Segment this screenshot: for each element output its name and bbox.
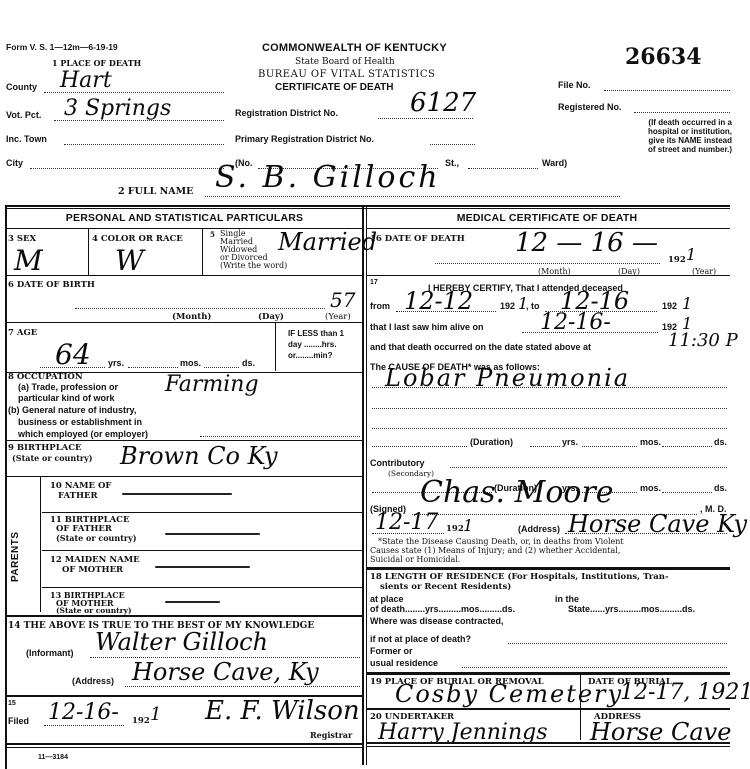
vot-pct-label: Vot. Pct.: [6, 110, 41, 120]
rule: [42, 512, 362, 513]
dod-label: 16 DATE OF DEATH: [370, 234, 465, 244]
age-mos-line: [128, 367, 178, 368]
form-number: Form V. S. 1—12m—6-19-19: [6, 42, 118, 52]
usual-line: [462, 667, 727, 668]
rule: [7, 743, 362, 745]
informant-value: Walter Gilloch: [95, 628, 268, 656]
signed-year-prefix: 192: [446, 524, 464, 534]
footer-code: 11—3184: [38, 754, 68, 761]
dob-day-label: (Day): [258, 312, 284, 322]
filed-year-value: 1: [150, 704, 161, 725]
duration-yrs: yrs.: [562, 437, 578, 447]
from-value: 12-12: [404, 287, 473, 315]
marital-num: 5: [210, 230, 215, 239]
filed-date-value: 12-16-: [48, 700, 119, 725]
parents-label: PARENTS: [10, 531, 21, 582]
duration-yrs-line: [530, 446, 560, 447]
last-saw-value: 12-16-: [540, 310, 611, 335]
if-not-label: if not at place of death?: [370, 634, 471, 644]
informant-address-label: (Address): [72, 676, 114, 686]
registered-no-label: Registered No.: [558, 102, 622, 112]
center-divider-2: [366, 205, 367, 765]
age-ds-line: [204, 367, 239, 368]
duration-line: [372, 446, 467, 447]
burial-date-value: 12-17, 1921: [620, 680, 750, 705]
dod-year-prefix: 192: [668, 255, 686, 265]
birthplace-value: Brown Co Ky: [120, 442, 278, 470]
full-name-value: S. B. Gilloch: [215, 160, 441, 195]
occupation-label: 8 OCCUPATION: [8, 372, 83, 382]
informant-address-line: [125, 686, 360, 687]
place-of-death-label: 1 PLACE OF DEATH: [52, 58, 141, 68]
from-year-prefix: 192: [500, 301, 515, 311]
rule: [7, 476, 362, 477]
rule: [367, 275, 730, 276]
filed-num: 15: [8, 700, 16, 707]
rule: [7, 322, 362, 323]
cause-line-2: [372, 408, 727, 409]
medical-section-title: MEDICAL CERTIFICATE OF DEATH: [367, 212, 727, 224]
rule: [367, 742, 730, 744]
to-year-value: 1: [682, 294, 692, 313]
sex-value: M: [14, 244, 43, 277]
dod-year-value: 1: [686, 245, 696, 264]
rule: [42, 587, 362, 588]
cause-line-1: [372, 387, 727, 388]
filed-line: [44, 725, 124, 726]
informant-label: (Informant): [26, 648, 74, 658]
cert-num: 17: [370, 279, 378, 286]
registered-no-line: [634, 112, 730, 113]
signed-value: Chas. Moore: [420, 475, 614, 510]
city-label: City: [6, 158, 23, 168]
duration-ds: ds.: [714, 437, 727, 447]
contributory-line: [450, 467, 727, 468]
county-value: Hart: [60, 68, 112, 93]
full-name-label: 2 FULL NAME: [118, 186, 193, 197]
mother-birthplace-label: 13 BIRTHPLACE OF MOTHER (State or countr…: [50, 591, 132, 615]
father-birthplace-dash: [165, 533, 260, 535]
rule: [42, 550, 362, 551]
race-label: 4 COLOR OR RACE: [92, 234, 183, 244]
duration-ds-line: [662, 446, 712, 447]
occurred-value: 11:30 P: [668, 330, 738, 351]
rule: [40, 477, 41, 612]
state-board: State Board of Health: [295, 57, 395, 67]
signed-date-value: 12-17: [375, 510, 438, 535]
city-line: [30, 168, 224, 169]
age-label: 7 AGE: [8, 328, 37, 338]
birthplace-label: 9 BIRTHPLACE: [8, 443, 82, 453]
usual-label: usual residence: [370, 658, 438, 668]
birthplace-sub: (State or country): [12, 453, 93, 463]
mother-birthplace-dash: [165, 601, 220, 603]
to-year-prefix: 192: [662, 301, 677, 311]
rule: [367, 708, 730, 710]
rule: [367, 746, 730, 747]
informant-address-value: Horse Cave, Ky: [132, 658, 319, 686]
age-ds-label: ds.: [242, 358, 255, 368]
occupation-a: (a) Trade, profession or particular kind…: [18, 382, 118, 404]
rule: [88, 229, 89, 275]
duration2-mos: mos.: [640, 483, 661, 493]
ward-line: [468, 168, 538, 169]
race-value: W: [115, 244, 144, 277]
age-line: [40, 367, 105, 368]
bureau: BUREAU OF VITAL STATISTICS: [258, 69, 435, 80]
full-name-line: [205, 196, 620, 197]
rule: [7, 275, 362, 276]
in-the-label: in the: [555, 594, 579, 604]
personal-section-title: PERSONAL AND STATISTICAL PARTICULARS: [7, 212, 362, 224]
from-label: from: [370, 301, 390, 311]
last-saw-label: that I last saw him alive on: [370, 322, 484, 332]
duration-label: (Duration): [470, 437, 513, 447]
cause-line-3: [372, 428, 727, 429]
father-name-dash: [122, 493, 232, 495]
file-no-label: File No.: [558, 80, 591, 90]
doctor-address-value: Horse Cave Ky: [568, 510, 747, 538]
occupation-b: (b) General nature of industry, business…: [8, 404, 148, 440]
age-yrs-label: yrs.: [108, 358, 124, 368]
dob-month-label: (Month): [172, 312, 211, 322]
mother-maiden-label: 12 MAIDEN NAME OF MOTHER: [50, 555, 140, 575]
left-border: [5, 205, 7, 769]
rule: [202, 229, 203, 275]
stamp-number: 26634: [625, 44, 702, 70]
hospital-note: (If death occurred in a hospital or inst…: [592, 118, 732, 154]
dob-year-value: 57: [330, 288, 355, 312]
file-no-line: [604, 90, 730, 91]
filed-year-prefix: 192: [132, 716, 150, 726]
primary-registration-label: Primary Registration District No.: [235, 134, 374, 144]
dob-line: [75, 308, 325, 309]
contributory-label: Contributory: [370, 458, 425, 468]
duration2-ds: ds.: [714, 483, 727, 493]
center-divider: [362, 205, 364, 765]
age-mos-label: mos.: [180, 358, 201, 368]
rule: [7, 747, 362, 748]
less-than-day: IF LESS than 1 day ........hrs. or......…: [288, 328, 344, 361]
dod-line: [435, 263, 660, 264]
rule: [275, 323, 276, 371]
state-label: State......yrs.........mos.........ds.: [568, 604, 695, 614]
doctor-address-label: (Address): [518, 524, 560, 534]
vot-pct-value: 3 Springs: [64, 96, 171, 121]
footnote: *State the Disease Causing Death, or, in…: [370, 537, 624, 564]
sex-label: 3 SEX: [8, 234, 36, 244]
top-rule: [5, 205, 730, 207]
rule: [7, 440, 362, 441]
contracted-label: Where was disease contracted,: [370, 616, 504, 626]
commonwealth-title: COMMONWEALTH OF KENTUCKY: [262, 42, 447, 54]
dob-year-label: (Year): [325, 312, 351, 322]
duration-mos: mos.: [640, 437, 661, 447]
county-label: County: [6, 82, 37, 92]
registrar-value: E. F. Wilson: [205, 696, 360, 726]
residence-label: 18 LENGTH OF RESIDENCE (For Hospitals, I…: [370, 572, 669, 592]
dod-value: 12 — 16 —: [515, 228, 658, 258]
primary-registration-line: [430, 144, 475, 145]
filed-label: Filed: [8, 716, 29, 726]
occupation-value: Farming: [165, 372, 259, 397]
top-rule-2: [5, 208, 730, 209]
to-label: , to: [526, 301, 540, 311]
dob-label: 6 DATE OF BIRTH: [8, 280, 95, 290]
duration-mos-line: [582, 446, 637, 447]
former-label: Former or: [370, 646, 413, 656]
registrar-label: Registrar: [310, 730, 352, 740]
ward-label: Ward): [542, 158, 567, 168]
rule: [367, 672, 730, 675]
marital-value: Married: [278, 228, 377, 256]
of-death-label: of death........yrs.........mos.........…: [370, 604, 515, 614]
registration-district-label: Registration District No.: [235, 108, 338, 118]
occurred-label: and that death occurred on the date stat…: [370, 342, 591, 352]
if-not-line: [508, 643, 727, 644]
st-label: St.,: [445, 158, 459, 168]
burial-value: Cosby Cemetery: [395, 680, 623, 708]
registration-district-line: [378, 118, 473, 119]
certificate-title: CERTIFICATE OF DEATH: [275, 82, 394, 93]
rule: [367, 567, 730, 570]
inc-town-label: Inc. Town: [6, 134, 47, 144]
at-place-label: at place: [370, 594, 404, 604]
inc-town-line: [64, 144, 224, 145]
duration2-ds-line: [662, 492, 712, 493]
signed-year-value: 1: [463, 516, 473, 535]
employer-line: [200, 436, 360, 437]
registration-district-value: 6127: [410, 88, 476, 118]
mother-maiden-dash: [155, 566, 250, 568]
rule: [7, 615, 362, 617]
father-name-label: 10 NAME OF FATHER: [50, 481, 111, 501]
father-birthplace-label: 11 BIRTHPLACE OF FATHER (State or countr…: [50, 516, 137, 543]
